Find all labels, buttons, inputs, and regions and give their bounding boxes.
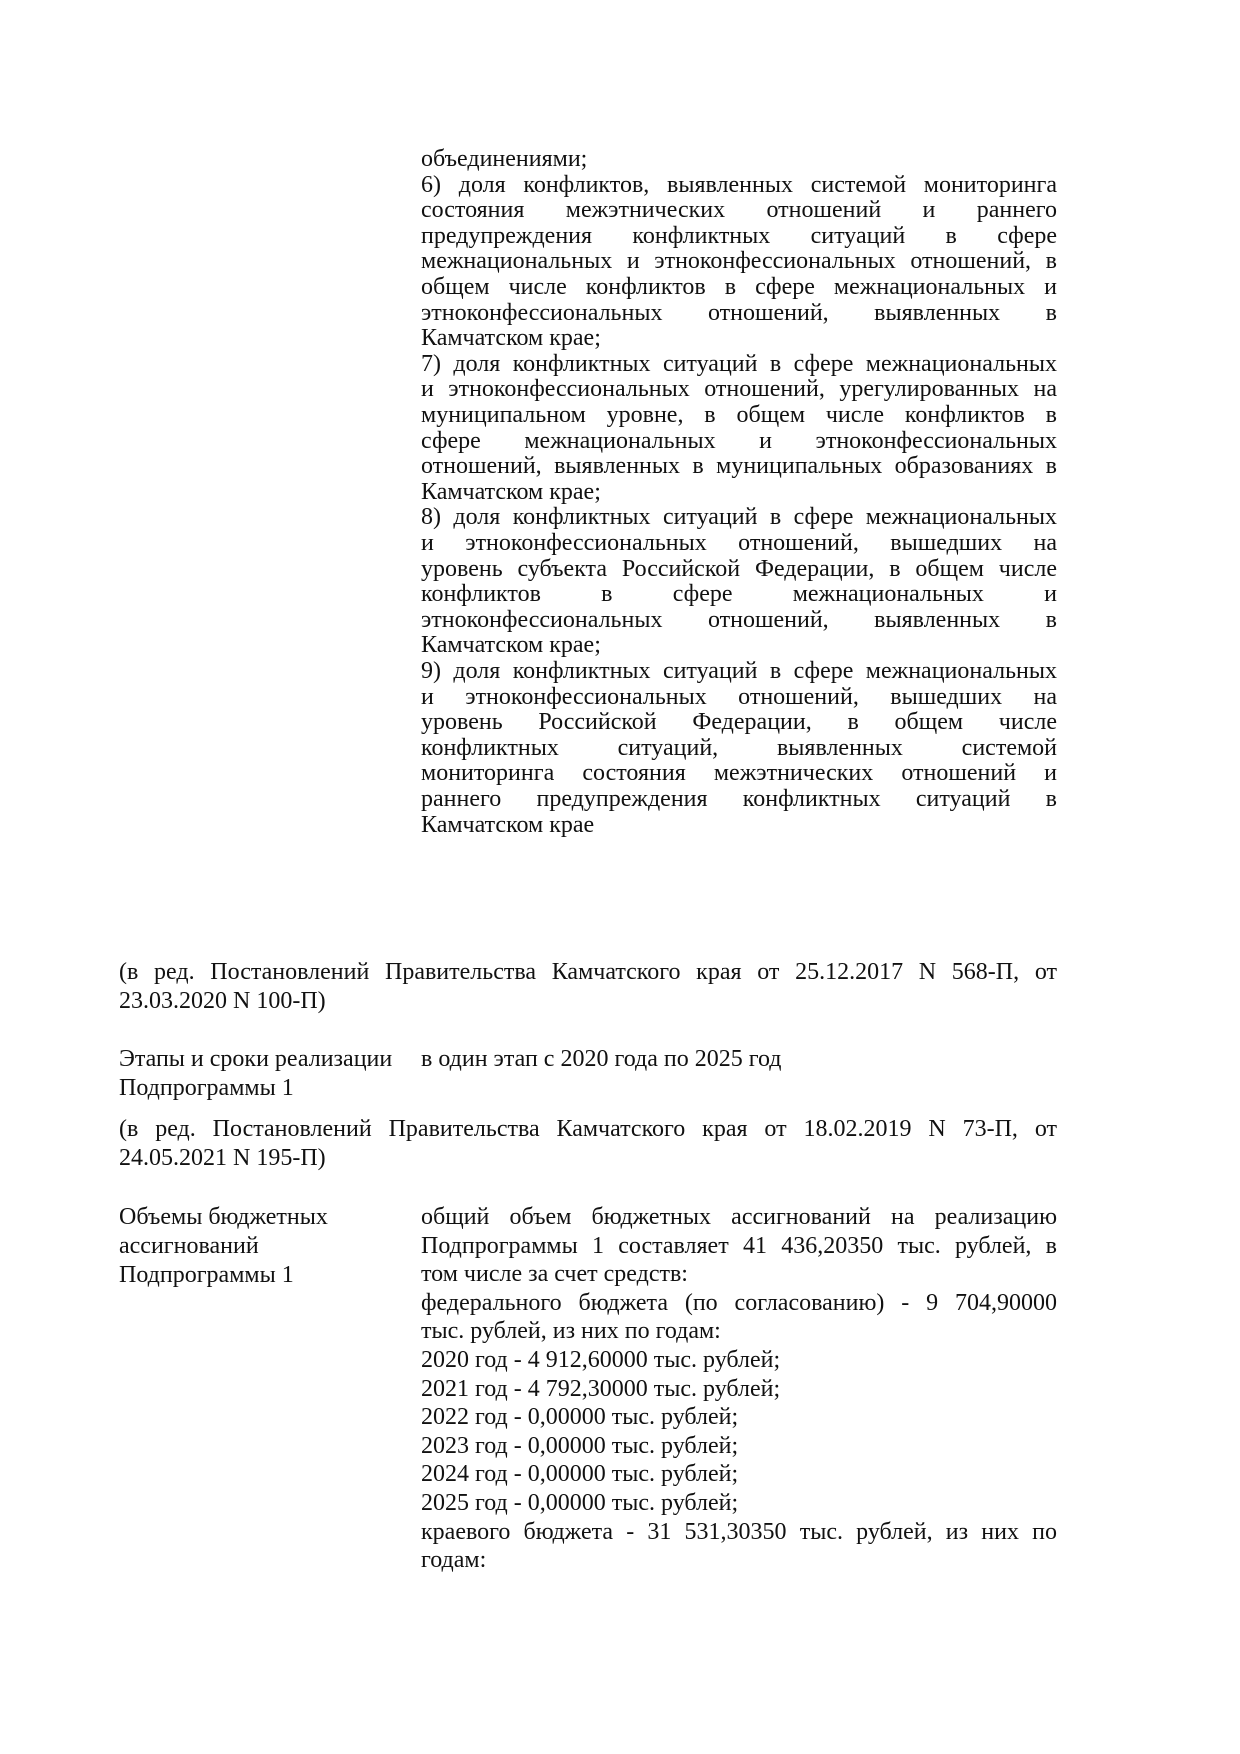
document-page: объединениями;6) доля конфликтов, выявле…: [0, 0, 1240, 1754]
stages-label-line-1: Этапы и сроки реализации: [119, 1045, 409, 1074]
budget-label-line-1: Объемы бюджетных: [119, 1203, 409, 1232]
budget-value-line: годам:: [421, 1546, 1057, 1575]
budget-label-line-3: Подпрограммы 1: [119, 1261, 409, 1290]
budget-value-line: тыс. рублей, из них по годам:: [421, 1317, 1057, 1346]
budget-value-line: Подпрограммы 1 составляет 41 436,20350 т…: [421, 1232, 1057, 1261]
budget-value-line: общий объем бюджетных ассигнований на ре…: [421, 1203, 1057, 1232]
amendment-note-1-line: (в ред. Постановлений Правительства Камч…: [119, 958, 1057, 987]
stages-label-line-2: Подпрограммы 1: [119, 1074, 409, 1103]
budget-value-line: краевого бюджета - 31 531,30350 тыс. руб…: [421, 1518, 1057, 1547]
budget-value-line: 2022 год - 0,00000 тыс. рублей;: [421, 1403, 1057, 1432]
amendment-note-1-line: 23.03.2020 N 100-П): [119, 987, 1057, 1016]
indicator-line: Камчатском крае: [421, 811, 1057, 840]
budget-value-line: 2024 год - 0,00000 тыс. рублей;: [421, 1460, 1057, 1489]
budget-value-line: федерального бюджета (по согласованию) -…: [421, 1289, 1057, 1318]
budget-value-line: том числе за счет средств:: [421, 1260, 1057, 1289]
amendment-note-2-line: (в ред. Постановлений Правительства Камч…: [119, 1115, 1057, 1144]
budget-label-line-2: ассигнований: [119, 1232, 409, 1261]
stages-value: в один этап с 2020 года по 2025 год: [421, 1045, 1057, 1074]
budget-value-line: 2021 год - 4 792,30000 тыс. рублей;: [421, 1375, 1057, 1404]
amendment-note-2-line: 24.05.2021 N 195-П): [119, 1144, 1057, 1173]
budget-value-line: 2025 год - 0,00000 тыс. рублей;: [421, 1489, 1057, 1518]
budget-value-line: 2020 год - 4 912,60000 тыс. рублей;: [421, 1346, 1057, 1375]
budget-value-line: 2023 год - 0,00000 тыс. рублей;: [421, 1432, 1057, 1461]
